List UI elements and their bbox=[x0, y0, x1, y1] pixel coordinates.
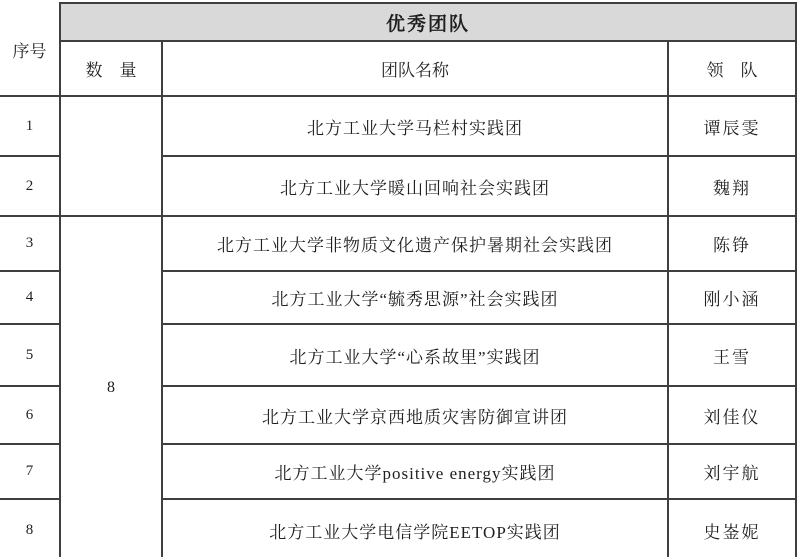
team-name-cell: 北方工业大学“毓秀思源”社会实践团 bbox=[162, 271, 668, 324]
leader-cell: 刘佳仪 bbox=[668, 386, 796, 444]
serial-cell: 6 bbox=[0, 386, 60, 444]
leader-cell: 魏翔 bbox=[668, 156, 796, 216]
leader-cell: 王雪 bbox=[668, 324, 796, 386]
column-header-row: 数 量 团队名称 领 队 bbox=[0, 41, 796, 96]
team-name-cell: 北方工业大学非物质文化遗产保护暑期社会实践团 bbox=[162, 216, 668, 271]
column-header-quantity: 数 量 bbox=[60, 41, 162, 96]
serial-cell: 1 bbox=[0, 96, 60, 156]
team-name-cell: 北方工业大学京西地质灾害防御宣讲团 bbox=[162, 386, 668, 444]
team-name-cell: 北方工业大学马栏村实践团 bbox=[162, 96, 668, 156]
table-title: 优秀团队 bbox=[60, 3, 796, 41]
leader-cell: 谭辰雯 bbox=[668, 96, 796, 156]
column-header-team-name: 团队名称 bbox=[162, 41, 668, 96]
column-header-leader: 领 队 bbox=[668, 41, 796, 96]
table-row: 3 8 北方工业大学非物质文化遗产保护暑期社会实践团 陈铮 bbox=[0, 216, 796, 271]
leader-cell: 史崟妮 bbox=[668, 499, 796, 557]
serial-cell: 2 bbox=[0, 156, 60, 216]
document-page: 序号 优秀团队 数 量 团队名称 领 队 1 北方工业大学马栏村实践团 谭辰雯 … bbox=[0, 0, 800, 557]
leader-cell: 刚小涵 bbox=[668, 271, 796, 324]
team-name-cell: 北方工业大学暖山回响社会实践团 bbox=[162, 156, 668, 216]
table-row: 1 北方工业大学马栏村实践团 谭辰雯 bbox=[0, 96, 796, 156]
leader-cell: 刘宇航 bbox=[668, 444, 796, 499]
team-name-cell: 北方工业大学positive energy实践团 bbox=[162, 444, 668, 499]
column-header-serial: 序号 bbox=[0, 3, 60, 96]
team-name-cell: 北方工业大学电信学院EETOP实践团 bbox=[162, 499, 668, 557]
excellent-teams-table: 序号 优秀团队 数 量 团队名称 领 队 1 北方工业大学马栏村实践团 谭辰雯 … bbox=[0, 2, 797, 557]
table-title-row: 序号 优秀团队 bbox=[0, 3, 796, 41]
serial-cell: 4 bbox=[0, 271, 60, 324]
serial-cell: 3 bbox=[0, 216, 60, 271]
serial-cell: 7 bbox=[0, 444, 60, 499]
team-name-cell: 北方工业大学“心系故里”实践团 bbox=[162, 324, 668, 386]
serial-cell: 8 bbox=[0, 499, 60, 557]
quantity-cell-rows-1-2 bbox=[60, 96, 162, 216]
leader-cell: 陈铮 bbox=[668, 216, 796, 271]
serial-cell: 5 bbox=[0, 324, 60, 386]
quantity-total-cell: 8 bbox=[60, 216, 162, 557]
